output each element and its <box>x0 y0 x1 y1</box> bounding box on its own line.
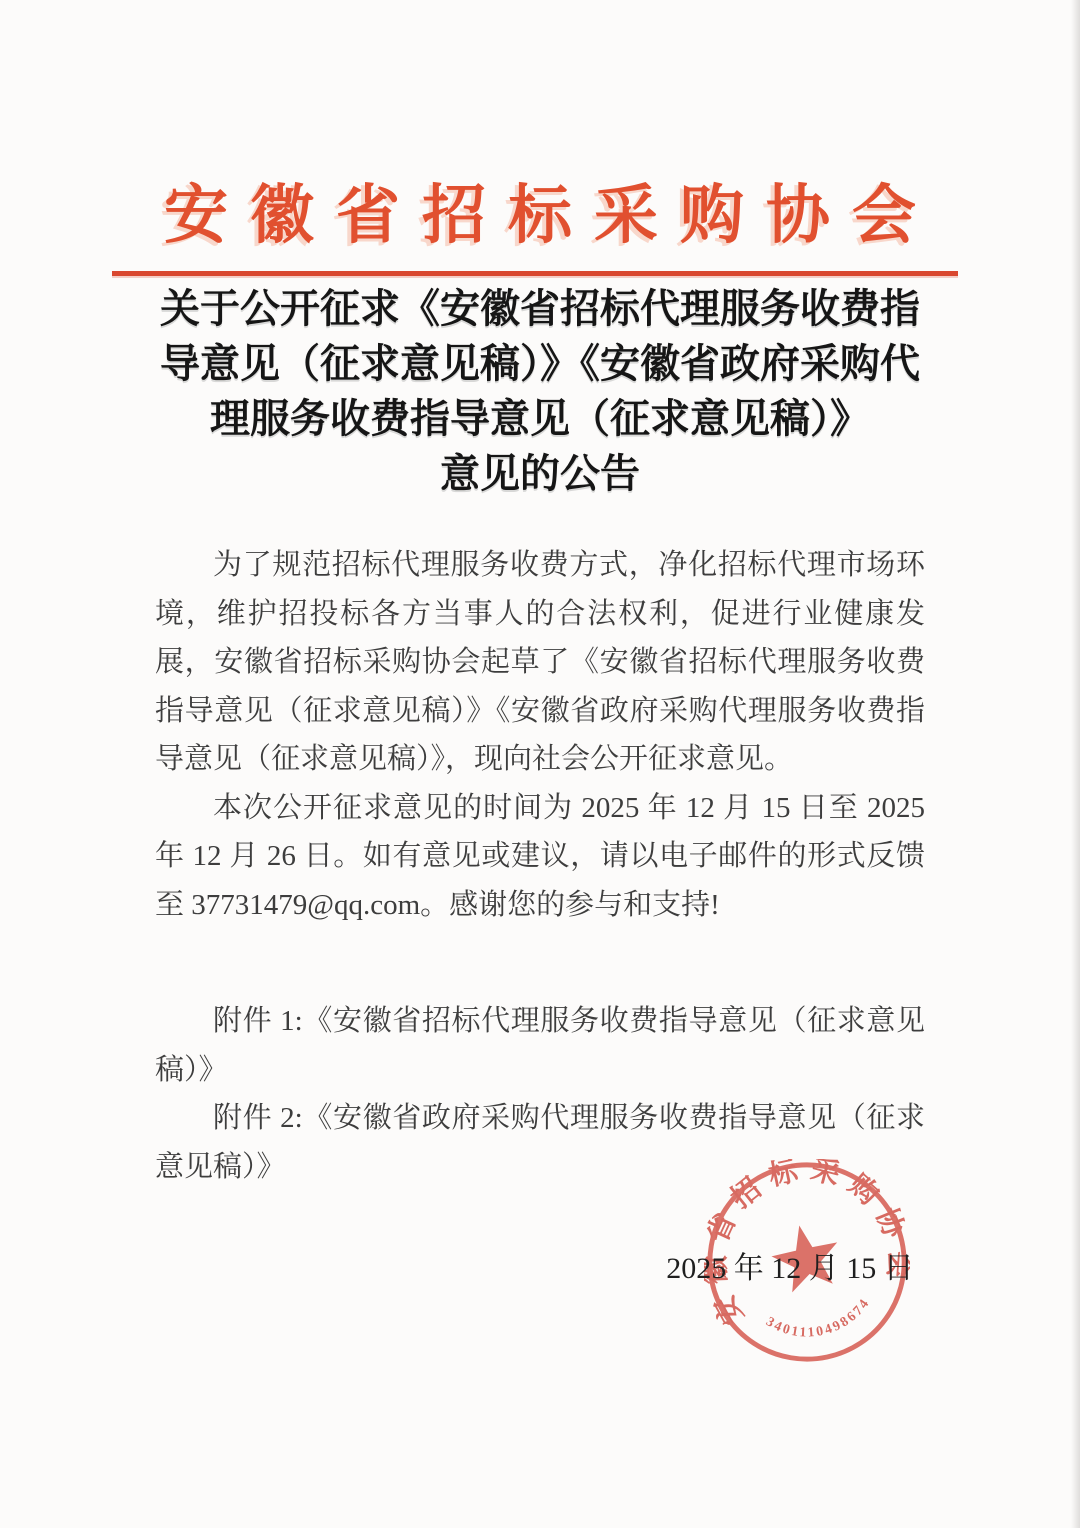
scan-edge-shadow <box>1071 0 1080 1528</box>
paragraph-purpose: 为了规范招标代理服务收费方式，净化招标代理市场环境，维护招投标各方当事人的合法权… <box>155 541 925 784</box>
doc-body: 为了规范招标代理服务收费方式，净化招标代理市场环境，维护招投标各方当事人的合法权… <box>155 541 925 1191</box>
doc-title-line-4: 意见的公告 <box>0 446 1080 501</box>
doc-title: 关于公开征求《安徽省招标代理服务收费指 导意见（征求意见稿）》《安徽省政府采购代… <box>0 281 1080 501</box>
doc-title-line-2: 导意见（征求意见稿）》《安徽省政府采购代 <box>0 336 1080 391</box>
paragraph-feedback-period: 本次公开征求意见的时间为 2025 年 12 月 15 日至 2025 年 12… <box>155 784 925 930</box>
attachment-item-1: 附件 1:《安徽省招标代理服务收费指导意见（征求意见稿）》 <box>155 997 925 1094</box>
letterhead-divider <box>112 271 958 276</box>
doc-title-line-3: 理服务收费指导意见（征求意见稿）》 <box>0 391 1080 446</box>
doc-title-line-1: 关于公开征求《安徽省招标代理服务收费指 <box>0 281 1080 336</box>
doc-date: 2025 年 12 月 15 日 <box>665 1252 915 1286</box>
org-letterhead: 安徽省招标采购协会 <box>0 180 1080 252</box>
document-page: 安徽省招标采购协会 关于公开征求《安徽省招标代理服务收费指 导意见（征求意见稿）… <box>0 0 1080 1528</box>
